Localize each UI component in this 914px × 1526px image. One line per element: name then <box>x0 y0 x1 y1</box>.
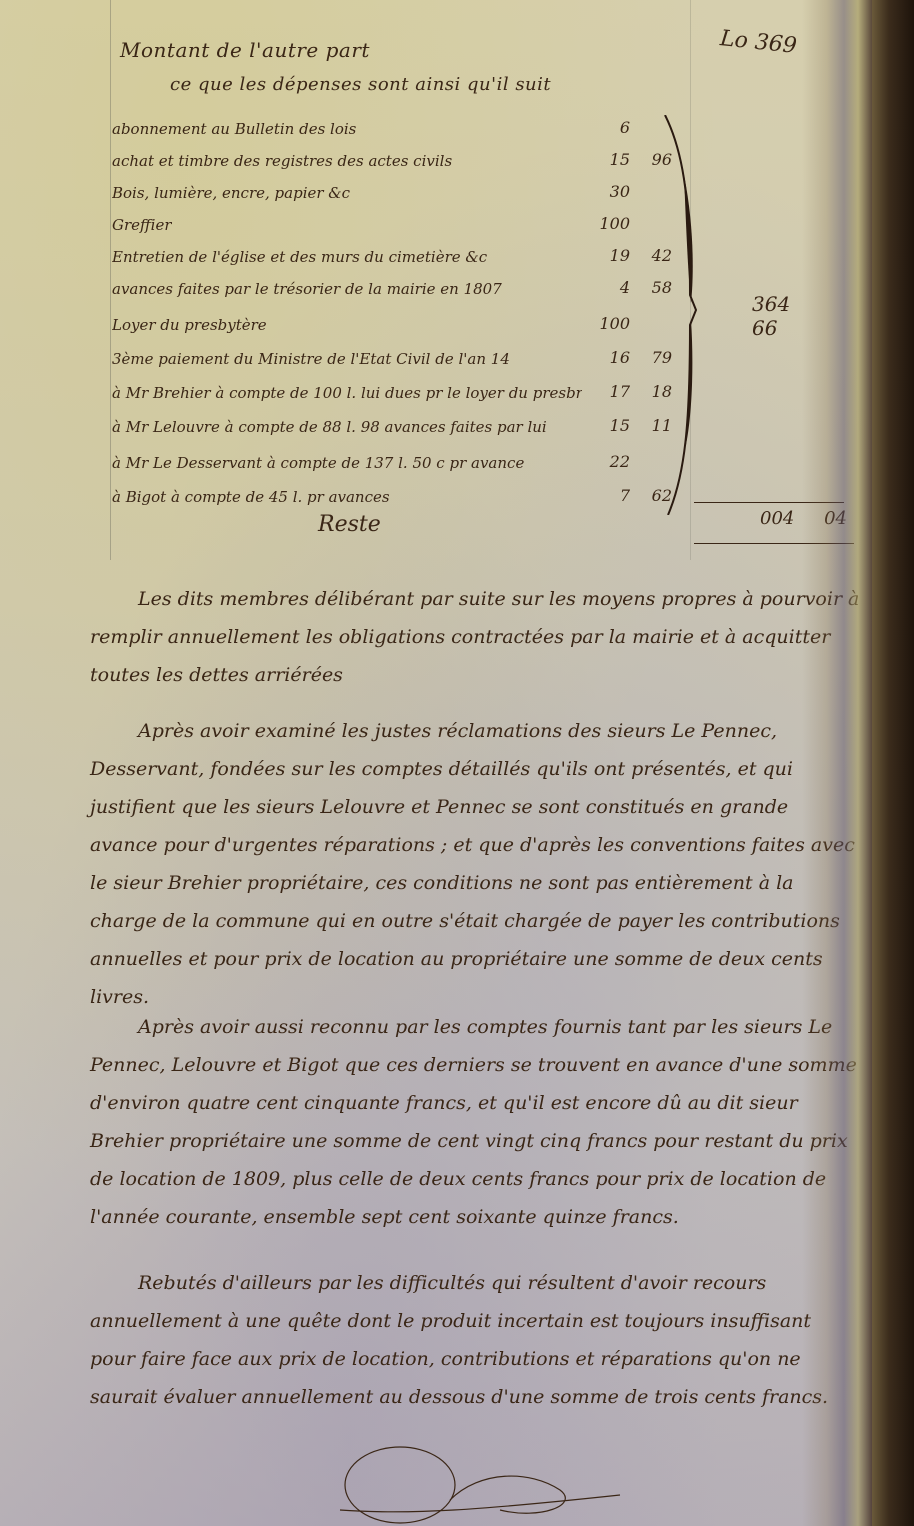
expense-label: à Bigot à compte de 45 l. pr avances <box>112 488 390 506</box>
header-line-2: ce que les dépenses sont ainsi qu'il sui… <box>170 74 551 95</box>
reste-label: Reste <box>318 512 381 537</box>
paragraph-3: Après avoir aussi reconnu par les compte… <box>90 1008 860 1236</box>
expense-row: Entretien de l'église et des murs du cim… <box>112 244 672 272</box>
expense-row: 3ème paiement du Ministre de l'Etat Civi… <box>112 346 672 374</box>
expense-livres: 17 <box>590 382 630 401</box>
brace-icon <box>660 115 710 515</box>
ledger-page: Lo 369 Montant de l'autre part ce que le… <box>0 0 872 1526</box>
paragraph-text: Après avoir examiné les justes réclamati… <box>90 712 860 1016</box>
book-binding <box>872 0 914 1526</box>
subtotal-centimes: 66 <box>752 316 777 340</box>
header-line-1: Montant de l'autre part <box>120 38 370 62</box>
expense-label: 3ème paiement du Ministre de l'Etat Civi… <box>112 350 510 368</box>
expense-livres: 15 <box>590 416 630 435</box>
folio-prefix: Lo <box>719 26 749 54</box>
expense-row: à Bigot à compte de 45 l. pr avances762 <box>112 484 672 512</box>
page-edge <box>802 0 872 1526</box>
expense-livres: 7 <box>590 486 630 505</box>
expense-label: à Mr Brehier à compte de 100 l. lui dues… <box>112 384 582 402</box>
expense-row: Greffier100 <box>112 212 672 240</box>
expense-row: Bois, lumière, encre, papier &c30 <box>112 180 672 208</box>
expense-livres: 100 <box>590 214 630 233</box>
expense-label: Loyer du presbytère <box>112 316 267 334</box>
expense-livres: 19 <box>590 246 630 265</box>
expense-row: avances faites par le trésorier de la ma… <box>112 276 672 304</box>
expense-row: à Mr Le Desservant à compte de 137 l. 50… <box>112 450 672 478</box>
folio-value: 369 <box>754 30 798 59</box>
expense-label: Greffier <box>112 216 172 234</box>
expense-livres: 6 <box>590 118 630 137</box>
expense-label: achat et timbre des registres des actes … <box>112 152 452 170</box>
subtotal-livres: 364 <box>752 292 790 316</box>
folio-number: Lo 369 <box>719 26 798 59</box>
paragraph-4: Rebutés d'ailleurs par les difficultés q… <box>90 1264 860 1416</box>
expense-label: à Mr Le Desservant à compte de 137 l. 50… <box>112 454 524 472</box>
reste-livres: 004 <box>760 508 794 529</box>
expense-livres: 16 <box>590 348 630 367</box>
expense-label: Entretien de l'église et des murs du cim… <box>112 248 487 266</box>
expense-label: avances faites par le trésorier de la ma… <box>112 280 502 298</box>
expense-livres: 4 <box>590 278 630 297</box>
paragraph-1: Les dits membres délibérant par suite su… <box>90 580 860 694</box>
expense-label: à Mr Lelouvre à compte de 88 l. 98 avanc… <box>112 418 547 436</box>
expense-livres: 15 <box>590 150 630 169</box>
expense-row: Loyer du presbytère100 <box>112 312 672 340</box>
paragraph-text: Après avoir aussi reconnu par les compte… <box>90 1008 860 1236</box>
paragraph-2: Après avoir examiné les justes réclamati… <box>90 712 860 1016</box>
expense-label: abonnement au Bulletin des lois <box>112 120 356 138</box>
expense-livres: 100 <box>590 314 630 333</box>
expense-row: à Mr Lelouvre à compte de 88 l. 98 avanc… <box>112 414 672 442</box>
expense-livres: 30 <box>590 182 630 201</box>
paragraph-text: Rebutés d'ailleurs par les difficultés q… <box>90 1264 860 1416</box>
margin-rule <box>110 0 111 560</box>
expense-row: achat et timbre des registres des actes … <box>112 148 672 176</box>
expense-livres: 22 <box>590 452 630 471</box>
flourish-icon <box>330 1440 650 1526</box>
expense-row: abonnement au Bulletin des lois6 <box>112 116 672 144</box>
expense-row: à Mr Brehier à compte de 100 l. lui dues… <box>112 380 672 408</box>
expense-label: Bois, lumière, encre, papier &c <box>112 184 350 202</box>
paragraph-text: Les dits membres délibérant par suite su… <box>90 580 860 694</box>
